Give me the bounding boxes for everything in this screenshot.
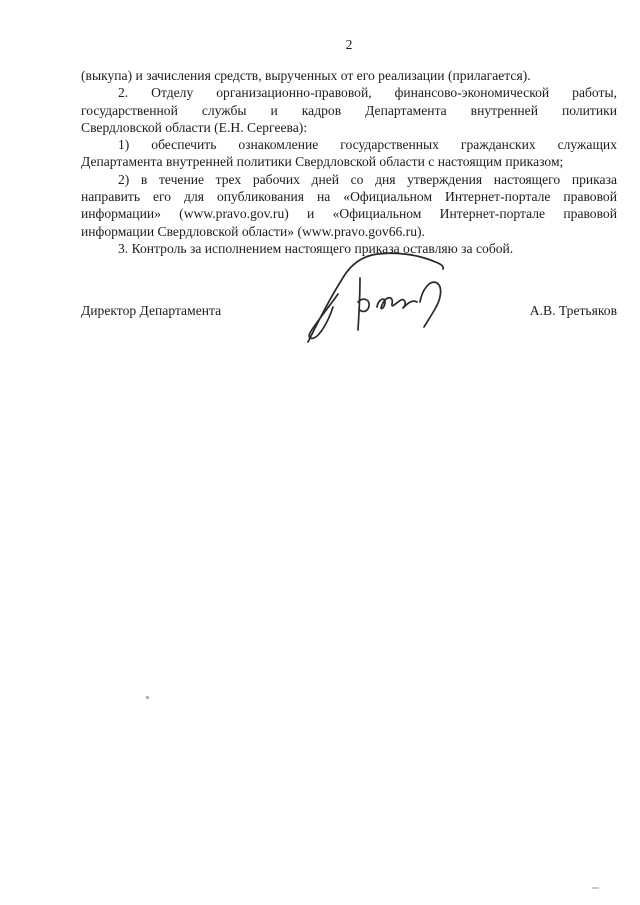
page-number: 2 <box>81 37 617 53</box>
text-line: информации Свердловской области» (www.pr… <box>81 223 617 240</box>
text-line: Департамента внутренней политики Свердло… <box>81 153 617 170</box>
signatory-title: Директор Департамента <box>81 303 221 319</box>
handwritten-signature-icon <box>296 250 461 348</box>
body-text-block: (выкупа) и зачисления средств, вырученны… <box>81 67 617 257</box>
text-line: информации» (www.pravo.gov.ru) и «Официа… <box>81 205 617 222</box>
text-line: 2) в течение трех рабочих дней со дня ут… <box>81 171 617 188</box>
text-line: 2. Отделу организационно-правовой, финан… <box>81 84 617 101</box>
signature-row: Директор Департамента А.В. Третьяков <box>81 303 617 319</box>
document-page: 2 (выкупа) и зачисления средств, выручен… <box>0 0 640 905</box>
text-line: 1) обеспечить ознакомление государственн… <box>81 136 617 153</box>
scan-artifact-dot <box>146 696 149 699</box>
text-line: (выкупа) и зачисления средств, вырученны… <box>81 67 617 84</box>
signatory-name: А.В. Третьяков <box>530 303 617 319</box>
scan-artifact-dash <box>592 887 599 889</box>
text-line: Свердловской области (Е.Н. Сергеева): <box>81 119 617 136</box>
text-line: государственной службы и кадров Департам… <box>81 102 617 119</box>
text-line: направить его для опубликования на «Офиц… <box>81 188 617 205</box>
